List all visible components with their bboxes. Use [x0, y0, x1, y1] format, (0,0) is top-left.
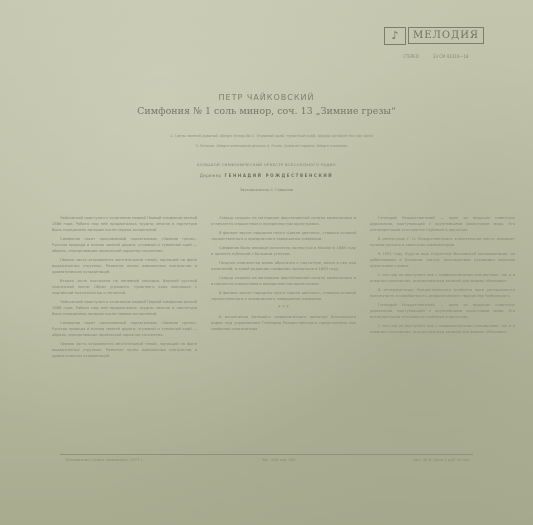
section-separator: * * *: [211, 305, 356, 311]
catalog-number: 33 СМ 04316—18: [433, 54, 469, 59]
orchestra-name: БОЛЬШОЙ СИМФОНИЧЕСКИЙ ОРКЕСТР ВСЕСОЮЗНОГ…: [0, 162, 533, 167]
liner-paragraph: С тех пор он выступает как с симфоническ…: [370, 323, 515, 335]
brand-name: МЕЛОДИЯ: [408, 27, 484, 44]
liner-paragraph: В интерпретации Рождественского особенно…: [370, 287, 515, 299]
sound-engineer-credit: Звукорежиссер С. Гаврилов: [0, 188, 533, 192]
liner-paragraph: Геннадий Рождественский — один из ведущи…: [370, 215, 515, 233]
liner-paragraph: Чайковский приступил к сочинению первой …: [52, 299, 197, 317]
liner-paragraph: Первая часть открывается мечтательной те…: [52, 257, 197, 275]
movements-line: 3. Scherzo. Allegro scherzando giocoso 4…: [70, 141, 473, 151]
liner-paragraph: Геннадий Рождественский — один из ведущи…: [370, 302, 515, 320]
liner-paragraph: С тех пор он выступает как с симфоническ…: [370, 272, 515, 284]
liner-paragraph: Симфония носит программный подзаголовок …: [52, 236, 197, 254]
liner-paragraph: В исполнении Большого симфонического орк…: [211, 314, 356, 332]
liner-paragraph: Скерцо создано на материале фортепианной…: [211, 215, 356, 227]
catalog-info: СТЕРЕО 33 СМ 04316—18: [403, 54, 533, 59]
conductor-credit: Дирижер ГЕННАДИЙ РОЖДЕСТВЕНСКИЙ: [0, 173, 533, 178]
movements-list: 1. Грезы зимней дорогой. Allegro tranqui…: [70, 131, 473, 151]
imprint-studio: Всесоюзная студия грамзаписи. 1977 г.: [66, 458, 144, 462]
stereo-label: СТЕРЕО: [403, 54, 419, 59]
liner-paragraph: В финале звучит народная песня «Цвели цв…: [211, 290, 356, 302]
imprint-order: Зак. 556 тир. 500: [262, 458, 296, 462]
liner-paragraph: Симфония носит программный подзаголовок …: [52, 320, 197, 338]
liner-notes-column-3: Геннадий Рождественский — один из ведущи…: [370, 215, 515, 362]
liner-paragraph: В 1951 году, будучи еще студентом Москов…: [370, 251, 515, 269]
liner-paragraph: В финале звучит народная песня «Цвели цв…: [211, 230, 356, 242]
liner-notes-column-2: Скерцо создано на материале фортепианной…: [211, 215, 356, 362]
liner-paragraph: Симфония была впервые исполнена полность…: [211, 245, 356, 257]
work-title: Симфония № 1 соль минор, соч. 13 „Зимние…: [0, 106, 533, 117]
record-sleeve-back: ♪ МЕЛОДИЯ СТЕРЕО 33 СМ 04316—18 ПЕТР ЧАЙ…: [0, 0, 533, 525]
liner-paragraph: Чайковский приступил к сочинению первой …: [52, 215, 197, 233]
conductor-label: Дирижер: [200, 173, 222, 178]
melodiya-logo: ♪ МЕЛОДИЯ: [384, 27, 484, 44]
conductor-name: ГЕННАДИЙ РОЖДЕСТВЕНСКИЙ: [224, 173, 333, 178]
performer-credits: БОЛЬШОЙ СИМФОНИЧЕСКИЙ ОРКЕСТР ВСЕСОЮЗНОГ…: [0, 162, 533, 192]
liner-notes: Чайковский приступил к сочинению первой …: [52, 215, 516, 362]
liner-paragraph: В репертуаре Г. Н. Рождественского значи…: [370, 236, 515, 248]
imprint-footer: Всесоюзная студия грамзаписи. 1977 г. За…: [66, 458, 471, 462]
movements-line: 1. Грезы зимней дорогой. Allegro tranqui…: [70, 131, 473, 141]
liner-paragraph: Первая часть открывается мечтательной те…: [52, 341, 197, 359]
melodiya-logo-mark-icon: ♪: [384, 27, 406, 45]
composer-name: ПЕТР ЧАЙКОВСКИЙ: [0, 93, 533, 102]
liner-paragraph: Скерцо создано на материале фортепианной…: [211, 275, 356, 287]
liner-paragraph: Позднее композитор вновь обратился к пар…: [211, 260, 356, 272]
imprint-price: Арт. 36-8. Цена 1 руб. 45 коп.: [413, 458, 471, 462]
liner-paragraph: Вторая часть построена на напевной мелод…: [52, 278, 197, 296]
footer-divider: [60, 454, 473, 455]
liner-notes-column-1: Чайковский приступил к сочинению первой …: [52, 215, 197, 362]
